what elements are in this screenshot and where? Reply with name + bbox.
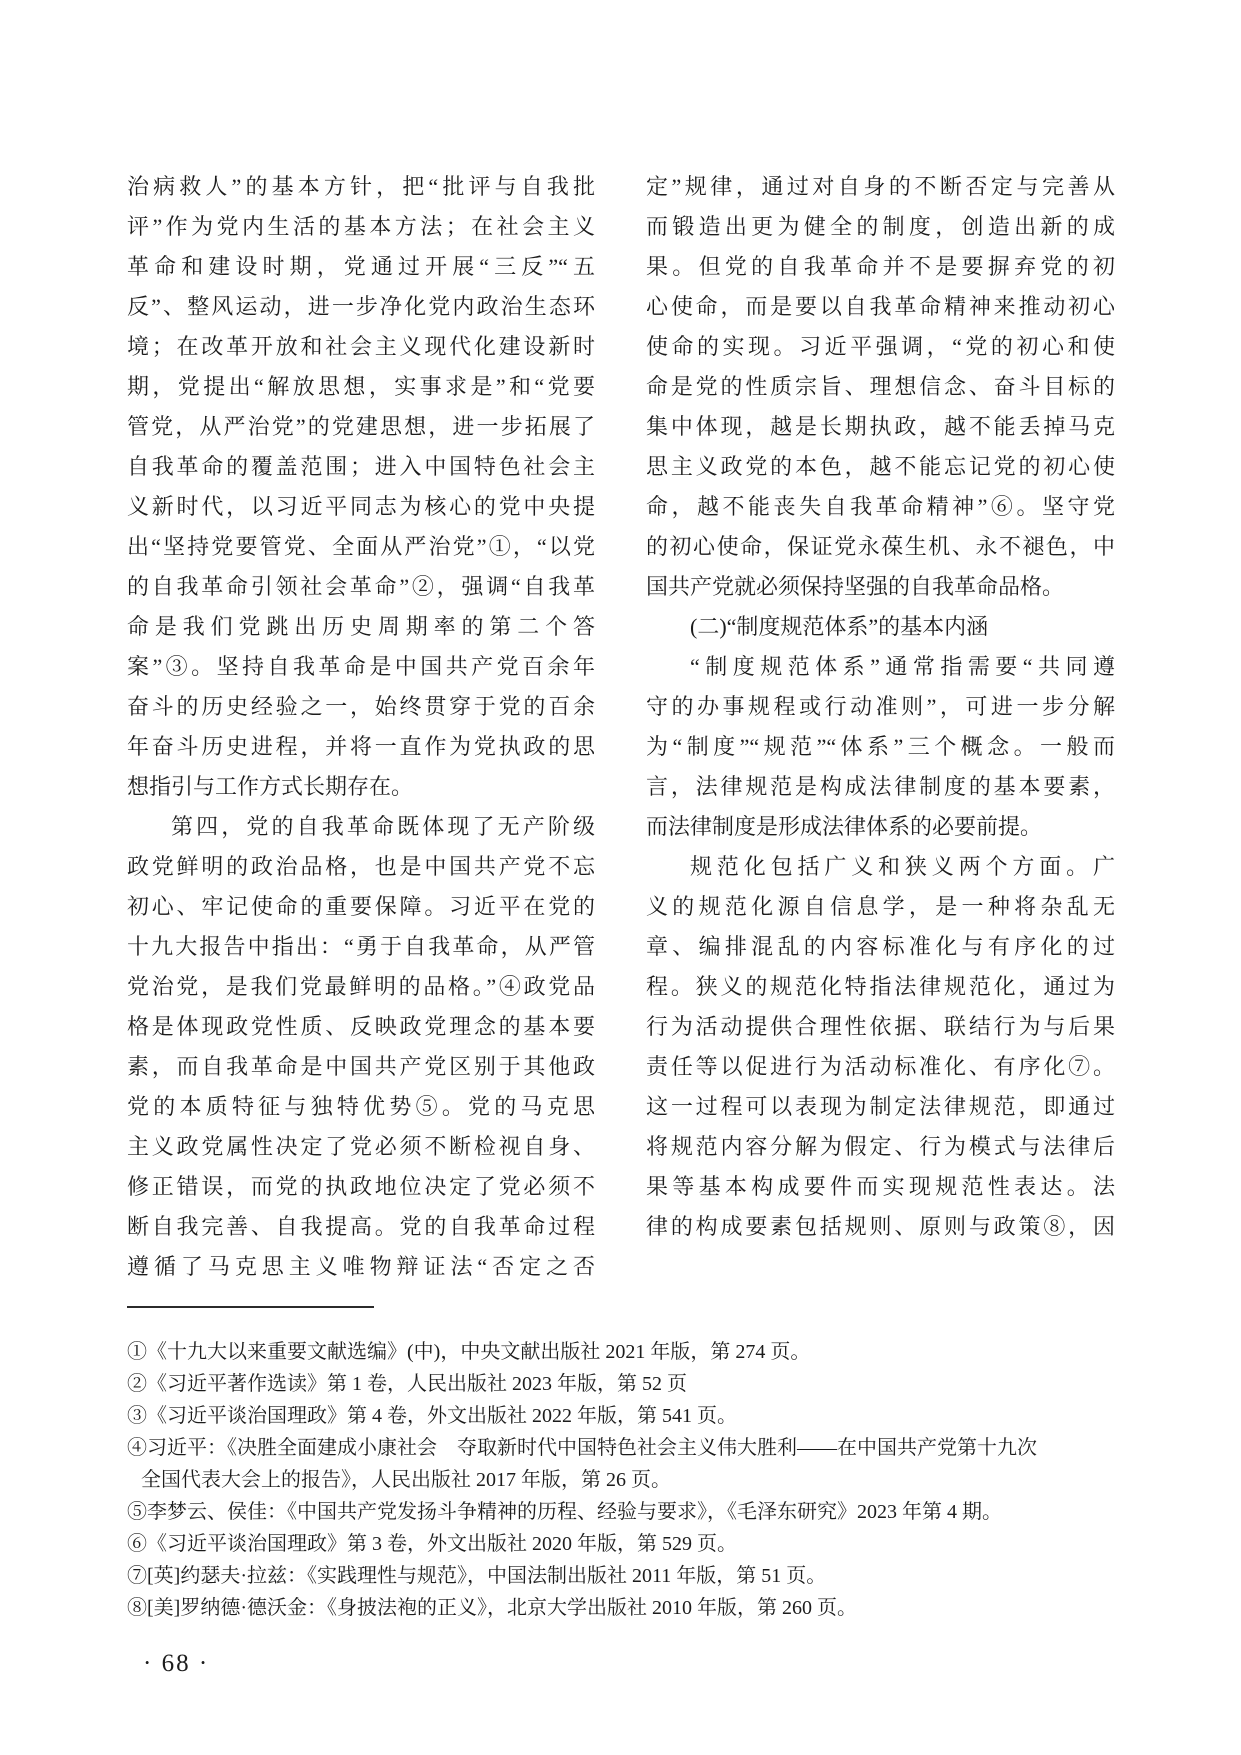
body-text-line: 果。但党的自我革命并不是要摒弃党的初 xyxy=(646,247,1115,287)
body-text-line: 出“坚持党要管党、全面从严治党”①，“以党 xyxy=(127,527,595,567)
body-text-line: 为“制度”“规范”“体系”三个概念。一般而 xyxy=(646,727,1115,767)
body-text-line: 反”、整风运动，进一步净化党内政治生态环 xyxy=(127,287,595,327)
body-text-line: 的自我革命引领社会革命”②，强调“自我革 xyxy=(127,567,595,607)
body-text-line: 境；在改革开放和社会主义现代化建设新时 xyxy=(127,327,595,367)
body-text-line: 律的构成要素包括规则、原则与政策⑧，因 xyxy=(646,1207,1115,1247)
body-text-line: 命是党的性质宗旨、理想信念、奋斗目标的 xyxy=(646,367,1115,407)
footnote-line: ⑥《习近平谈治国理政》第 3 卷，外文出版社 2020 年版，第 529 页。 xyxy=(127,1528,1117,1560)
body-text-line: 章、编排混乱的内容标准化与有序化的过 xyxy=(646,927,1115,967)
document-page: 治病救人”的基本方针，把“批评与自我批评”作为党内生活的基本方法；在社会主义革命… xyxy=(0,0,1241,1755)
body-text-line: 言，法律规范是构成法律制度的基本要素， xyxy=(646,767,1115,807)
body-text-line: 奋斗的历史经验之一，始终贯穿于党的百余 xyxy=(127,687,595,727)
body-text-line: 自我革命的覆盖范围；进入中国特色社会主 xyxy=(127,447,595,487)
body-text-line: 思主义政党的本色，越不能忘记党的初心使 xyxy=(646,447,1115,487)
body-text-line: 遵循了马克思主义唯物辩证法“否定之否 xyxy=(127,1247,595,1287)
body-text-line: 想指引与工作方式长期存在。 xyxy=(127,767,595,807)
footnotes-section: ①《十九大以来重要文献选编》(中)，中央文献出版社 2021 年版，第 274 … xyxy=(127,1336,1117,1624)
page-number: · 68 · xyxy=(143,1648,209,1680)
body-text-line: 格是体现政党性质、反映政党理念的基本要 xyxy=(127,1007,595,1047)
footnote-line: ①《十九大以来重要文献选编》(中)，中央文献出版社 2021 年版，第 274 … xyxy=(127,1336,1117,1368)
body-text-line: 第四，党的自我革命既体现了无产阶级 xyxy=(127,807,595,847)
body-text-line: 定”规律，通过对自身的不断否定与完善从 xyxy=(646,167,1115,207)
body-text-line: 国共产党就必须保持坚强的自我革命品格。 xyxy=(646,567,1115,607)
body-text-line: 而法律制度是形成法律体系的必要前提。 xyxy=(646,807,1115,847)
body-text-line: 命是我们党跳出历史周期率的第二个答 xyxy=(127,607,595,647)
body-text-line: 守的办事规程或行动准则”，可进一步分解 xyxy=(646,687,1115,727)
body-text-line: 的初心使命，保证党永葆生机、永不褪色，中 xyxy=(646,527,1115,567)
article-column-right: 定”规律，通过对自身的不断否定与完善从而锻造出更为健全的制度，创造出新的成果。但… xyxy=(646,167,1115,1247)
body-text-line: “制度规范体系”通常指需要“共同遵 xyxy=(646,647,1115,687)
body-text-line: 党治党，是我们党最鲜明的品格。”④政党品 xyxy=(127,967,595,1007)
body-text-line: 革命和建设时期，党通过开展“三反”“五 xyxy=(127,247,595,287)
body-text-line: 期，党提出“解放思想，实事求是”和“党要 xyxy=(127,367,595,407)
body-text-line: 案”③。坚持自我革命是中国共产党百余年 xyxy=(127,647,595,687)
footnote-divider xyxy=(127,1306,374,1308)
footnote-line: ②《习近平著作选读》第 1 卷，人民出版社 2023 年版，第 52 页 xyxy=(127,1368,1117,1400)
body-text-line: 使命的实现。习近平强调，“党的初心和使 xyxy=(646,327,1115,367)
body-text-line: 将规范内容分解为假定、行为模式与法律后 xyxy=(646,1127,1115,1167)
body-text-line: 行为活动提供合理性依据、联结行为与后果 xyxy=(646,1007,1115,1047)
body-text-line: 党的本质特征与独特优势⑤。党的马克思 xyxy=(127,1087,595,1127)
body-text-line: 心使命，而是要以自我革命精神来推动初心 xyxy=(646,287,1115,327)
body-text-line: 程。狭义的规范化特指法律规范化，通过为 xyxy=(646,967,1115,1007)
body-text-line: 义的规范化源自信息学，是一种将杂乱无 xyxy=(646,887,1115,927)
body-text-line: 这一过程可以表现为制定法律规范，即通过 xyxy=(646,1087,1115,1127)
body-text-line: 治病救人”的基本方针，把“批评与自我批 xyxy=(127,167,595,207)
body-text-line: 初心、牢记使命的重要保障。习近平在党的 xyxy=(127,887,595,927)
article-column-left: 治病救人”的基本方针，把“批评与自我批评”作为党内生活的基本方法；在社会主义革命… xyxy=(127,167,595,1287)
body-text-line: 年奋斗历史进程，并将一直作为党执政的思 xyxy=(127,727,595,767)
body-text-line: 而锻造出更为健全的制度，创造出新的成 xyxy=(646,207,1115,247)
body-text-line: 十九大报告中指出：“勇于自我革命，从严管 xyxy=(127,927,595,967)
body-text-line: 集中体现，越是长期执政，越不能丢掉马克 xyxy=(646,407,1115,447)
body-text-line: 管党，从严治党”的党建思想，进一步拓展了 xyxy=(127,407,595,447)
body-text-line: 评”作为党内生活的基本方法；在社会主义 xyxy=(127,207,595,247)
footnote-line: ⑦[英]约瑟夫·拉兹：《实践理性与规范》，中国法制出版社 2011 年版，第 5… xyxy=(127,1560,1117,1592)
body-text-line: 命，越不能丧失自我革命精神”⑥。坚守党 xyxy=(646,487,1115,527)
body-text-line: 果等基本构成要件而实现规范性表达。法 xyxy=(646,1167,1115,1207)
footnote-line: 全国代表大会上的报告》，人民出版社 2017 年版，第 26 页。 xyxy=(127,1464,1117,1496)
body-text-line: (二)“制度规范体系”的基本内涵 xyxy=(646,607,1115,647)
body-text-line: 修正错误，而党的执政地位决定了党必须不 xyxy=(127,1167,595,1207)
body-text-line: 断自我完善、自我提高。党的自我革命过程 xyxy=(127,1207,595,1247)
footnote-line: ⑧[美]罗纳德·德沃金：《身披法袍的正义》，北京大学出版社 2010 年版，第 … xyxy=(127,1592,1117,1624)
body-text-line: 义新时代，以习近平同志为核心的党中央提 xyxy=(127,487,595,527)
body-text-line: 责任等以促进行为活动标准化、有序化⑦。 xyxy=(646,1047,1115,1087)
body-text-line: 规范化包括广义和狭义两个方面。广 xyxy=(646,847,1115,887)
footnote-line: ④习近平：《决胜全面建成小康社会 夺取新时代中国特色社会主义伟大胜利——在中国共… xyxy=(127,1432,1117,1464)
body-text-line: 政党鲜明的政治品格，也是中国共产党不忘 xyxy=(127,847,595,887)
footnote-line: ③《习近平谈治国理政》第 4 卷，外文出版社 2022 年版，第 541 页。 xyxy=(127,1400,1117,1432)
body-text-line: 素，而自我革命是中国共产党区别于其他政 xyxy=(127,1047,595,1087)
footnote-line: ⑤李梦云、侯佳：《中国共产党发扬斗争精神的历程、经验与要求》，《毛泽东研究》20… xyxy=(127,1496,1117,1528)
body-text-line: 主义政党属性决定了党必须不断检视自身、 xyxy=(127,1127,595,1167)
